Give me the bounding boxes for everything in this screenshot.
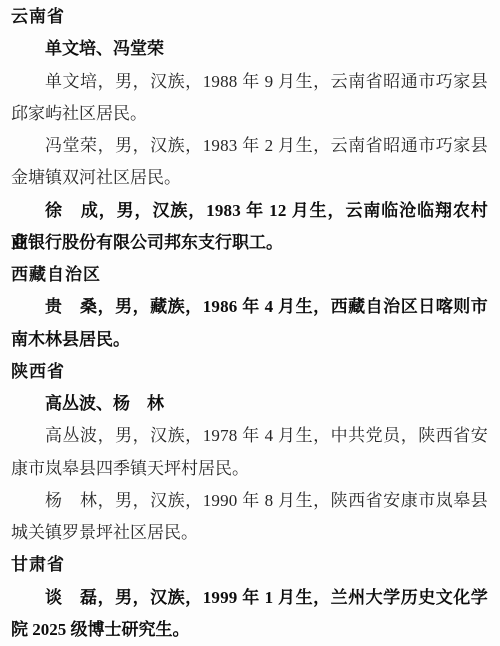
bio-shanwenpei-line-2: 邱家屿社区居民。 xyxy=(11,98,488,130)
bio-shanwenpei-line-1: 单文培，男，汉族，1988 年 9 月生，云南省昭通市巧家县 xyxy=(11,66,488,98)
bio-guisang-line-1: 贵 桑，男，藏族，1986 年 4 月生，西藏自治区日喀则市 xyxy=(11,291,488,323)
names-line-shanwenpei-fengtangrong: 单文培、冯堂荣 xyxy=(11,33,488,65)
bio-yanglin-line-2: 城关镇罗景坪社区居民。 xyxy=(11,517,488,549)
bio-gaocongbo-line-2: 康市岚皋县四季镇天坪村居民。 xyxy=(11,453,488,485)
document-page: 云南省 单文培、冯堂荣 单文培，男，汉族，1988 年 9 月生，云南省昭通市巧… xyxy=(0,0,500,646)
bio-tanlei-line-1: 谈 磊，男，汉族，1999 年 1 月生，兰州大学历史文化学 xyxy=(11,582,488,614)
bio-fengtangrong-line-2: 金塘镇双河社区居民。 xyxy=(11,162,488,194)
bio-guisang-line-2: 南木林县居民。 xyxy=(11,324,488,356)
bio-xucheng-line-2: 业银行股份有限公司邦东支行职工。 xyxy=(11,227,488,259)
section-heading-shaanxi: 陕西省 xyxy=(11,356,488,388)
bio-gaocongbo-line-1: 高丛波，男，汉族，1978 年 4 月生，中共党员，陕西省安 xyxy=(11,420,488,452)
section-heading-xizang: 西藏自治区 xyxy=(11,259,488,291)
bio-xucheng-line-1: 徐 成，男，汉族，1983 年 12 月生，云南临沧临翔农村商 xyxy=(11,195,488,227)
section-heading-yunnan: 云南省 xyxy=(11,1,488,33)
bio-yanglin-line-1: 杨 林，男，汉族，1990 年 8 月生，陕西省安康市岚皋县 xyxy=(11,485,488,517)
bio-fengtangrong-line-1: 冯堂荣，男，汉族，1983 年 2 月生，云南省昭通市巧家县 xyxy=(11,130,488,162)
bio-tanlei-line-2: 院 2025 级博士研究生。 xyxy=(11,614,488,646)
section-heading-gansu: 甘肃省 xyxy=(11,549,488,581)
names-line-gaocongbo-yanglin: 高丛波、杨 林 xyxy=(11,388,488,420)
